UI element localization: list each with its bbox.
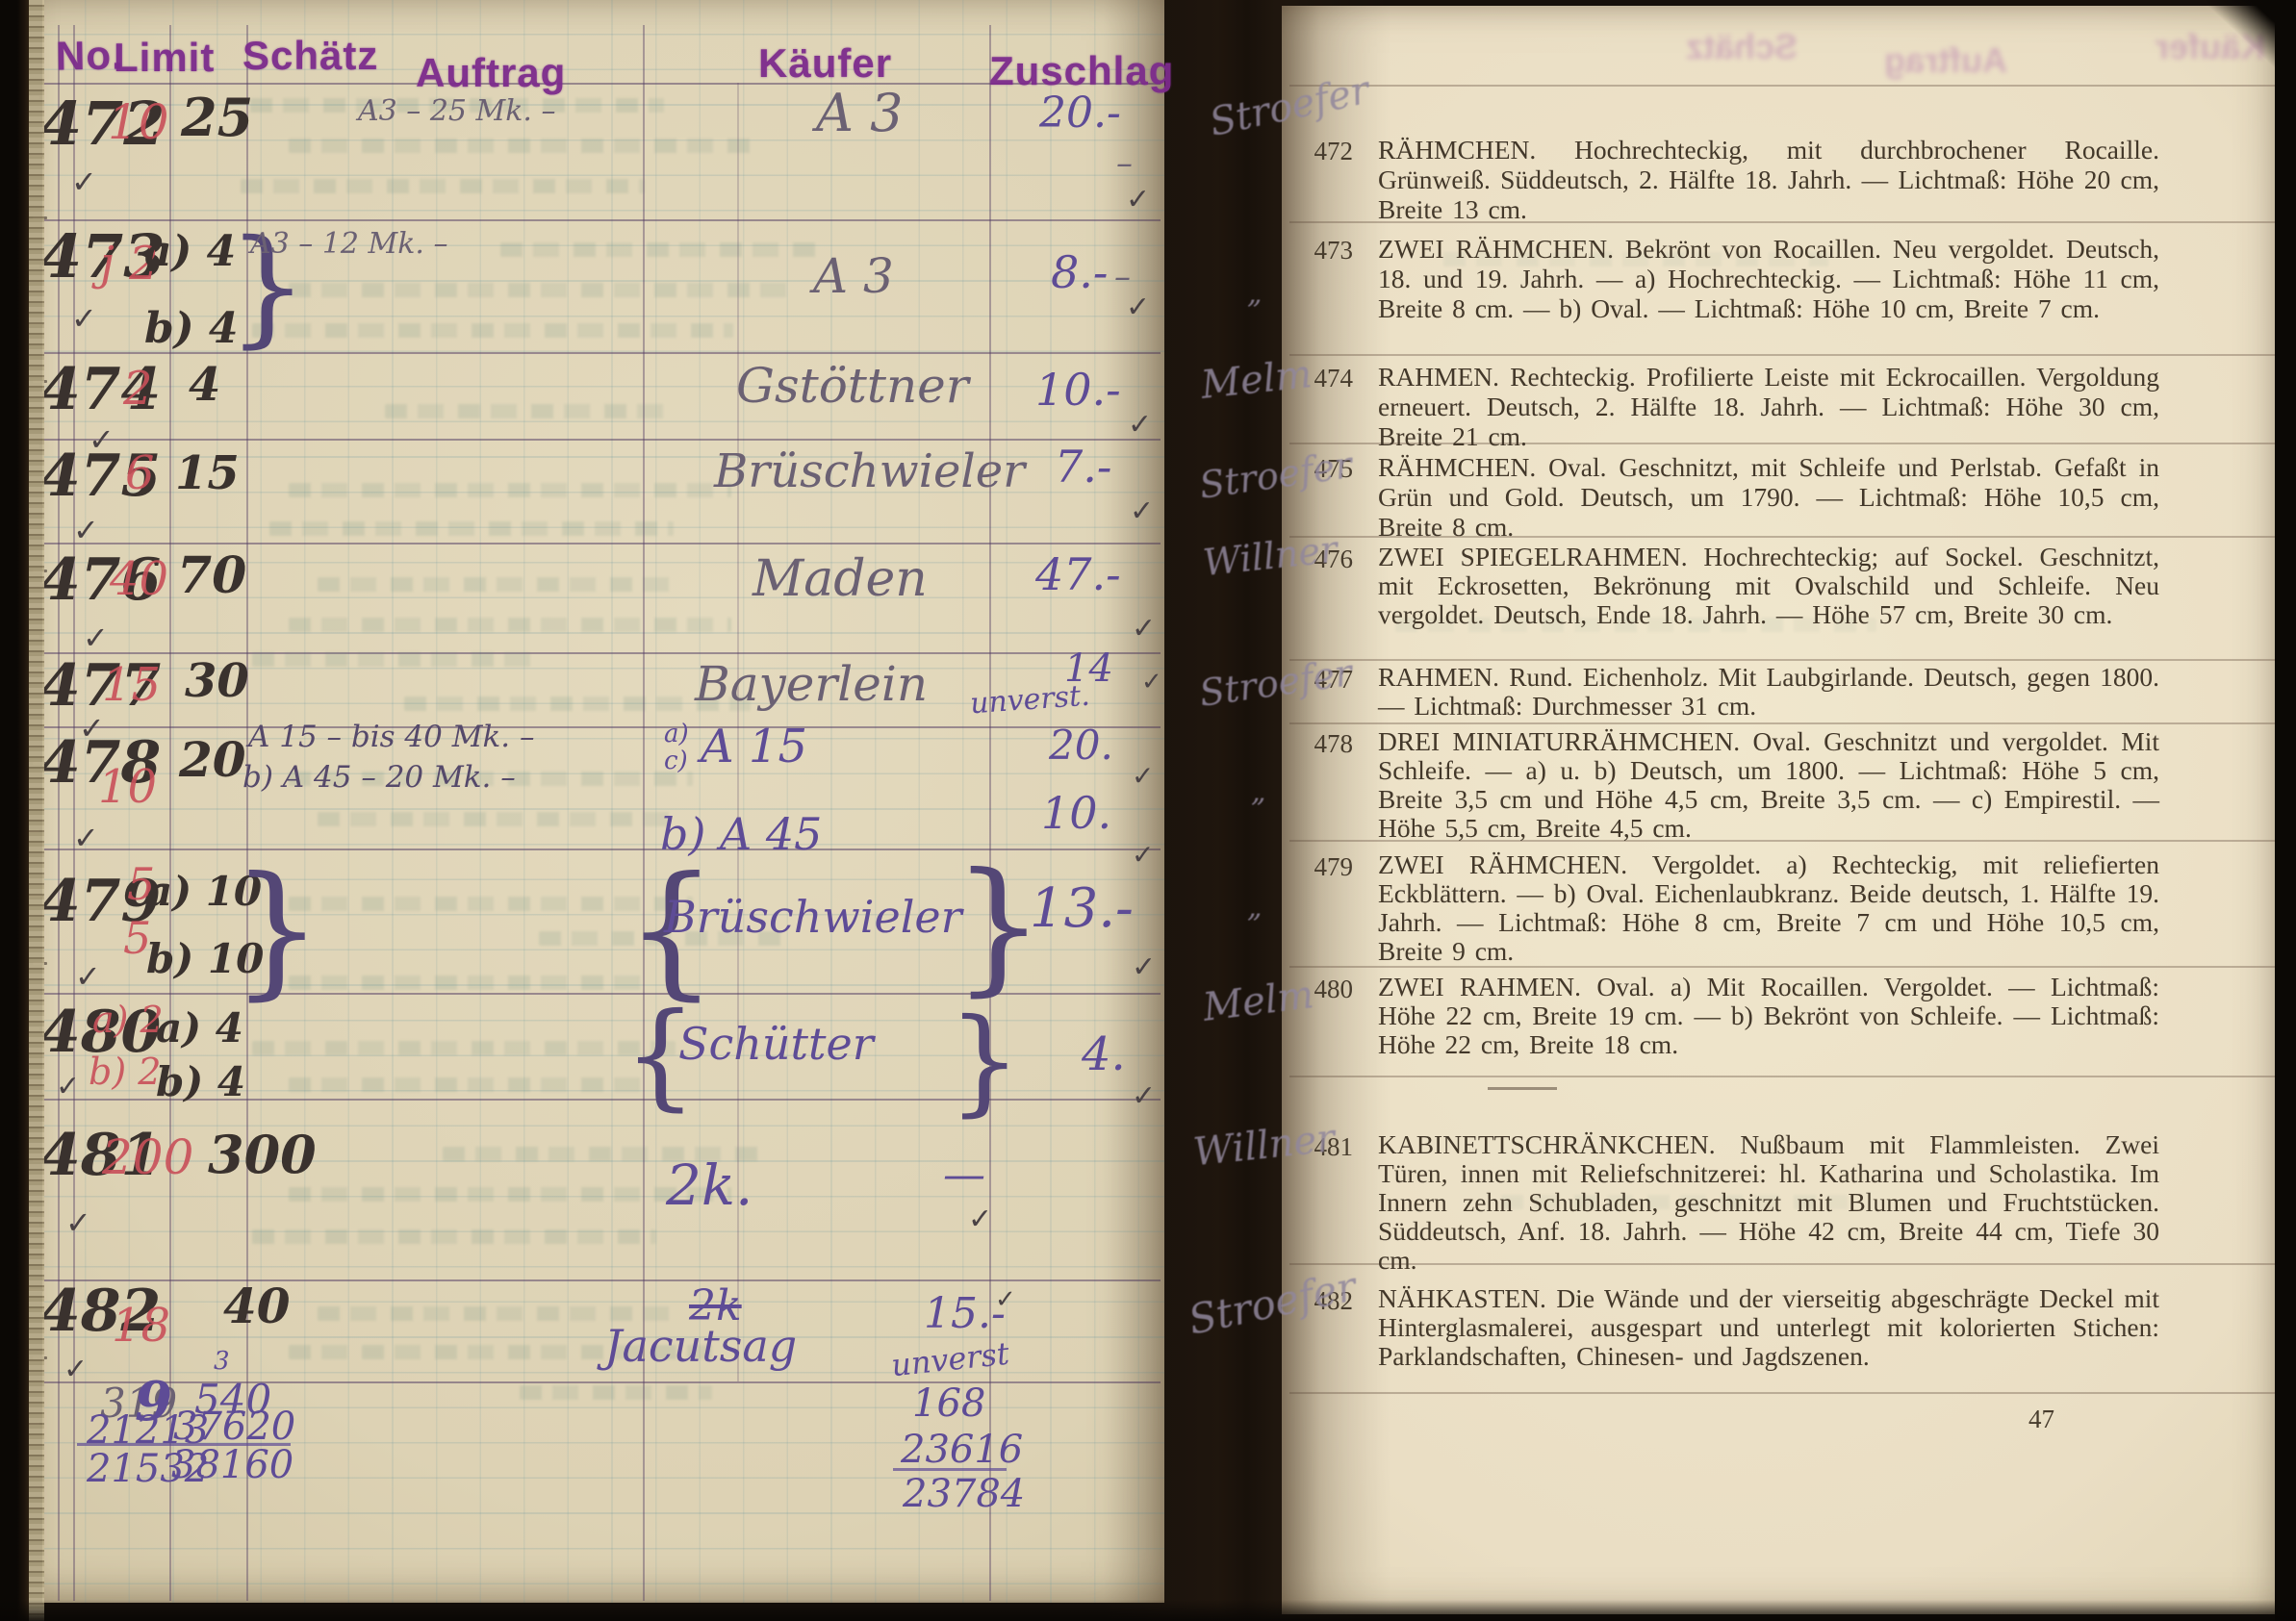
catalog-rule-line: [1289, 85, 2277, 87]
check-mark: ✓: [1126, 291, 1150, 324]
catalog-lot-text: RÄHMCHEN. Hochrechteckig, mit durchbroch…: [1378, 135, 2159, 224]
hammer-price-a: 20.: [1049, 722, 1113, 769]
bleed-through-text: [289, 618, 731, 632]
limit-value: 40: [110, 552, 168, 606]
bleed-through-text: [252, 323, 733, 338]
check-mark: ✓: [995, 1285, 1016, 1314]
zuschlag-total-3: 23784: [903, 1472, 1025, 1516]
check-mark: ✓: [1132, 612, 1156, 646]
check-mark: ✓: [73, 820, 99, 856]
bleed-through-text: [318, 812, 683, 826]
catalog-lot-text: ZWEI SPIEGELRAHMEN. Hochrechteckig; auf …: [1378, 543, 2159, 629]
estimate-value: 25: [181, 87, 253, 148]
catalog-entry-479: 479 ZWEI RÄHMCHEN. Vergoldet. a) Rechtec…: [1282, 850, 2283, 966]
catalog-rule-line: [1289, 1392, 2277, 1394]
hammer-price: —: [943, 1151, 985, 1200]
brace-right: }: [948, 1004, 1021, 1120]
estimate-a: a) 4: [156, 1004, 243, 1051]
auftrag-header-note: A3 – 25 Mk. –: [358, 94, 556, 128]
hammer-price: 47.-: [1035, 548, 1121, 600]
column-header-zuschlag: Zuschlag: [989, 48, 1174, 94]
order-note-b: b) A 45 – 20 Mk. –: [242, 760, 516, 795]
bleed-through-text: [252, 1041, 676, 1055]
check-mark: ✓: [1132, 839, 1154, 871]
ghost-stamp-schaetz: Schätz: [1686, 27, 1798, 67]
hammer-price: 7.-: [1055, 441, 1111, 493]
ghost-stamp-auftrag: Auftrag: [1884, 40, 2007, 81]
buyer-entry: Bayerlein: [695, 656, 928, 712]
bleed-through-text: [289, 139, 751, 153]
margin-ditto-479: „: [1247, 891, 1263, 924]
check-mark: ✓: [71, 300, 97, 337]
bleed-through-text: [252, 652, 541, 667]
column-header-kaeufer: Käufer: [758, 40, 892, 87]
column-header-limit: Limit: [114, 35, 215, 81]
column-header-schaetz: Schätz: [242, 33, 378, 79]
hammer-price: 15.-: [924, 1289, 1006, 1338]
estimate-value: 30: [185, 654, 249, 708]
catalog-entry-476: 476 ZWEI SPIEGELRAHMEN. Hochrechteckig; …: [1282, 543, 2283, 629]
catalog-lot-text: KABINETTSCHRÄNKCHEN. Nußbaum mit Flammle…: [1378, 1130, 2159, 1275]
hammer-price: 20.-: [1039, 89, 1121, 138]
catalog-lot-text: RAHMEN. Rund. Eichenholz. Mit Laubgirlan…: [1378, 663, 2159, 721]
catalog-lot-number: 473: [1291, 236, 1353, 266]
bleed-through-text: [520, 1385, 712, 1400]
scanned-auction-catalog-spread: No. Limit Schätz Auftrag Käufer Zuschlag…: [0, 0, 2296, 1621]
bleed-through-text: [318, 577, 683, 592]
catalog-lot-number: 472: [1291, 137, 1353, 166]
check-mark: ✓: [83, 620, 109, 656]
column-header-auftrag: Auftrag: [416, 50, 566, 96]
buyer-entry: Gstöttner: [736, 358, 969, 414]
ledger-row-line: [42, 439, 1161, 441]
total-col2-row3: 38160: [171, 1443, 293, 1487]
limit-value: 6: [125, 446, 155, 500]
catalog-entry-477: 477 RAHMEN. Rund. Eichenholz. Mit Laubgi…: [1282, 663, 2283, 721]
ledger-row-line: [42, 1279, 1161, 1281]
limit-value: 18: [112, 1299, 170, 1353]
bleed-through-text: [289, 483, 731, 497]
check-mark: ✓: [71, 164, 97, 200]
bleed-through-text: [241, 179, 645, 193]
catalog-entry-473: 473 ZWEI RÄHMCHEN. Bekrönt von Rocaillen…: [1282, 234, 2283, 323]
order-note: A3 – 12 Mk. –: [250, 227, 448, 261]
total-sup-digit: 3: [214, 1347, 230, 1376]
estimate-value: 15: [175, 446, 240, 500]
check-mark: ✓: [64, 1353, 88, 1386]
hammer-price: 4.: [1082, 1027, 1126, 1081]
limit-value: 15: [102, 658, 161, 712]
hammer-price: 8.-: [1051, 246, 1108, 298]
zuschlag-totals-underline: [893, 1468, 1007, 1471]
bleed-through-text: [269, 521, 674, 536]
catalog-lot-text: ZWEI RÄHMCHEN. Bekrönt von Rocaillen. Ne…: [1378, 234, 2159, 323]
buyer-entry: A 3: [813, 248, 894, 304]
margin-ditto-473: „: [1247, 277, 1263, 311]
catalog-lot-text: RÄHMCHEN. Oval. Geschnitzt, mit Schleife…: [1378, 452, 2159, 542]
estimate-value: 40: [223, 1278, 291, 1334]
limit-value: 200: [102, 1129, 193, 1185]
catalog-entry-474: 474 RAHMEN. Rechteckig. Profilierte Leis…: [1282, 362, 2283, 451]
buyer-entry: Maden: [753, 550, 928, 608]
bleed-through-text: [289, 975, 654, 990]
catalog-entry-472: 472 RÄHMCHEN. Hochrechteckig, mit durchb…: [1282, 135, 2283, 224]
ledger-row-line: [42, 726, 1161, 728]
bleed-through-text: [289, 1187, 731, 1202]
catalog-entry-480: 480 ZWEI RAHMEN. Oval. a) Mit Rocaillen.…: [1282, 973, 2283, 1059]
check-mark: ✓: [968, 1203, 992, 1236]
estimate-value: 300: [208, 1124, 317, 1185]
estimate-b: b) 4: [156, 1058, 245, 1105]
zuschlag-total-1: 168: [912, 1381, 985, 1426]
estimate-a: a) 4: [144, 227, 236, 276]
page-number: 47: [2028, 1405, 2054, 1434]
buyer-sub-a: a): [664, 720, 689, 748]
check-mark: ✓: [1126, 183, 1150, 216]
check-mark: ✓: [1132, 760, 1154, 792]
check-mark: ✓: [1132, 1079, 1156, 1113]
check-mark: ✓: [1132, 950, 1156, 984]
check-mark: ✓: [1130, 494, 1154, 528]
bleed-through-text: [500, 242, 818, 257]
estimate-value: 20: [179, 731, 246, 788]
catalog-rule-line: [1289, 966, 2277, 968]
hammer-price: 10.-: [1035, 364, 1121, 416]
hammer-price-b: 10.: [1041, 787, 1111, 839]
catalog-lot-number: 479: [1291, 852, 1353, 882]
catalog-lot-text: ZWEI RÄHMCHEN. Vergoldet. a) Rechteckig,…: [1378, 850, 2159, 966]
buyer-sub-c: c): [664, 747, 688, 775]
limit-b: b) 2: [89, 1051, 161, 1093]
check-mark: ✓: [73, 512, 99, 548]
buyer-entry: A 3: [816, 83, 904, 143]
bleed-through-text: [289, 1077, 654, 1092]
brace-right: }: [231, 858, 322, 1002]
section-break-rule: [1488, 1087, 1557, 1090]
buyer-entry: Schütter: [678, 1018, 874, 1070]
estimate-value: 70: [177, 546, 246, 605]
check-mark: ✓: [65, 1204, 91, 1241]
catalog-lot-text: ZWEI RAHMEN. Oval. a) Mit Rocaillen. Ver…: [1378, 973, 2159, 1059]
book-spine-edge: [0, 0, 29, 1621]
bleed-through-text: [252, 1229, 656, 1244]
catalog-entry-478: 478 DREI MINIATURRÄHMCHEN. Oval. Geschni…: [1282, 727, 2283, 843]
zuschlag-total-2: 23616: [901, 1428, 1023, 1472]
limit-value: 10: [108, 94, 169, 150]
photo-corner-shadow: [2204, 0, 2296, 106]
order-note-a: A 15 – bis 40 Mk. –: [248, 720, 534, 754]
check-mark: ✓: [75, 958, 101, 995]
catalog-lot-text: NÄHKASTEN. Die Wände und der vierseitig …: [1378, 1284, 2159, 1371]
catalog-lot-number: 478: [1291, 729, 1353, 759]
limit-value: 10: [98, 760, 157, 814]
catalog-rule-line: [1289, 659, 2277, 661]
buyer-entry: 2k.: [666, 1152, 753, 1218]
catalog-rule-line: [1289, 722, 2277, 724]
buyer-entry: Jacutsag: [604, 1320, 797, 1372]
page-stack-edge: [29, 0, 44, 1621]
catalog-rule-line: [1289, 1076, 2277, 1077]
check-mark: ✓: [1128, 408, 1152, 442]
limit-value: 2: [123, 362, 153, 416]
bleed-through-text: [289, 283, 789, 297]
catalog-lot-text: DREI MINIATURRÄHMCHEN. Oval. Geschnitzt …: [1378, 727, 2159, 843]
photo-bottom-shadow: [0, 1600, 2296, 1621]
photo-right-edge: [2275, 0, 2296, 1621]
margin-ditto-478: „: [1251, 775, 1266, 809]
estimate-value: 4: [189, 358, 220, 412]
buyer-entry-ac: A 15: [701, 720, 807, 773]
bleed-through-text: [318, 1306, 683, 1321]
catalog-entry-482: 482 NÄHKASTEN. Die Wände und der viersei…: [1282, 1284, 2283, 1371]
catalog-rule-line: [1289, 354, 2277, 356]
bleed-through-text: [385, 404, 674, 418]
check-mark: ✓: [56, 1070, 80, 1103]
check-mark: ✓: [1141, 668, 1162, 697]
ledger-row-line: [42, 543, 1161, 545]
limit-a: a) 2: [92, 999, 164, 1041]
catalog-lot-text: RAHMEN. Rechteckig. Profilierte Leiste m…: [1378, 362, 2159, 451]
estimate-b: b) 4: [144, 304, 239, 353]
buyer-entry: Brüschwieler: [714, 444, 1025, 498]
catalog-entry-481: 481 KABINETTSCHRÄNKCHEN. Nußbaum mit Fla…: [1282, 1130, 2283, 1275]
buyer-entry: Brüschwieler: [664, 891, 962, 943]
dash-mark: –: [1116, 144, 1133, 183]
catalog-entry-475: 475 RÄHMCHEN. Oval. Geschnitzt, mit Schl…: [1282, 452, 2283, 542]
hammer-price: 13.-: [1030, 877, 1134, 940]
ledger-row-line: [42, 219, 1161, 221]
